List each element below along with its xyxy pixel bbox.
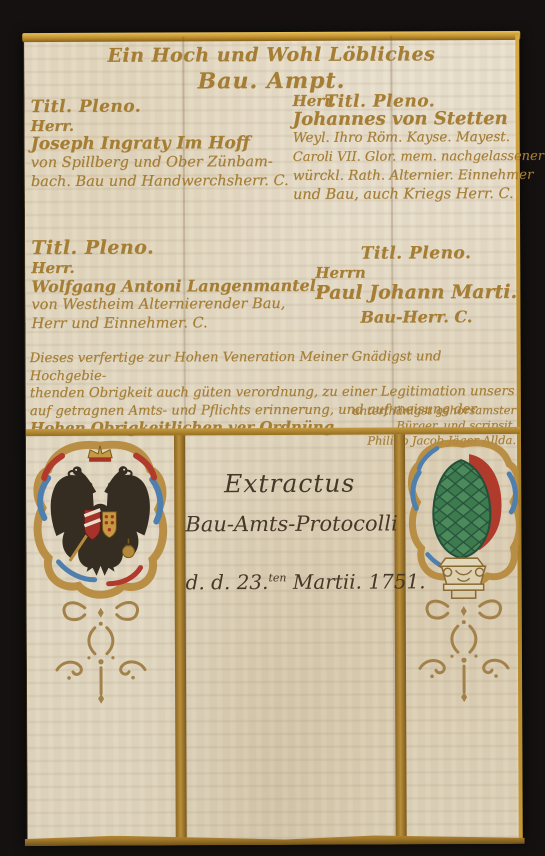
salutation: Herrn bbox=[315, 263, 517, 282]
manuscript-page: Ein Hoch und Wohl Löbliches Bau. Ampt. T… bbox=[24, 35, 522, 844]
signature-line: unterthänigst gehorsamster bbox=[352, 403, 516, 418]
official-block-top-left: Titl. Pleno. Herr. Joseph Ingraty Im Hof… bbox=[31, 96, 289, 192]
calligraphy-line: Herr und Einnehmer. C. bbox=[31, 314, 321, 334]
top-text-block: Ein Hoch und Wohl Löbliches Bau. Ampt. T… bbox=[24, 35, 520, 429]
extract-title-block: Extractus Bau-Amts-Protocolli d. d. 23.t… bbox=[185, 468, 395, 594]
augsburg-pine-cone-icon bbox=[406, 438, 519, 610]
titulature-top-right: Titl. Pleno. bbox=[324, 91, 435, 111]
official-name: Paul Johann Marti. bbox=[315, 281, 517, 304]
paragraph-line: thenden Obrigkeit auch güten verordnung,… bbox=[30, 384, 515, 401]
right-panel bbox=[405, 434, 522, 842]
date-superscript: ten bbox=[268, 571, 286, 584]
calligraphy-line: von Spillberg und Ober Zünbam- bbox=[31, 153, 289, 173]
left-panel bbox=[26, 435, 176, 844]
calligraphy-line: Joseph Ingraty Im Hoff bbox=[31, 134, 289, 154]
salutation: Herr. bbox=[31, 258, 321, 277]
calligraphy-line: Caroli VII. Glor. mem. nachgelassener bbox=[293, 147, 544, 167]
bottom-panel-block: Extractus Bau-Amts-Protocolli d. d. 23.t… bbox=[26, 434, 522, 844]
gold-flourish-ornament bbox=[49, 594, 153, 706]
extract-date-line: d. d. 23.ten Martii. 1751. bbox=[186, 569, 395, 594]
salutation: Herr. bbox=[31, 116, 289, 135]
calligraphy-line: bach. Bau und Handwerchsherr. C. bbox=[31, 172, 289, 192]
calligraphy-line: und Bau, auch Kriegs Herr. C. bbox=[293, 185, 544, 205]
calligraphy-line: Wolfgang Antoni Langenmantel. bbox=[31, 276, 321, 296]
calligraphy-line: Johannes von Stetten bbox=[293, 109, 544, 129]
extract-line2: Bau-Amts-Protocolli bbox=[185, 511, 394, 536]
date-prefix: d. d. 23. bbox=[186, 570, 269, 594]
titulature: Titl. Pleno. bbox=[315, 243, 517, 264]
titulature: Titl. Pleno. bbox=[31, 96, 289, 117]
document-title-line1: Ein Hoch und Wohl Löbliches bbox=[24, 43, 518, 67]
titulature: Titl. Pleno. bbox=[31, 236, 321, 259]
paragraph-line: Dieses verfertige zur Hohen Veneration M… bbox=[30, 349, 442, 383]
calligraphy-line: würckl. Rath. Alternier. Einnehmer bbox=[293, 166, 544, 186]
calligraphy-line: von Westheim Alternierender Bau, bbox=[31, 295, 321, 315]
official-block-bottom-left: Titl. Pleno. Herr. Wolfgang Antoni Lange… bbox=[31, 236, 321, 334]
official-block-bottom-right: Titl. Pleno. Herrn Paul Johann Marti. Ba… bbox=[315, 243, 517, 327]
calligraphy-line: Weyl. Ihro Röm. Kayse. Mayest. bbox=[293, 128, 544, 148]
center-panel: Extractus Bau-Amts-Protocolli d. d. 23.t… bbox=[185, 434, 396, 843]
imperial-double-headed-eagle-icon bbox=[32, 439, 169, 610]
official-role: Bau-Herr. C. bbox=[315, 307, 517, 327]
gold-flourish-ornament bbox=[411, 592, 515, 704]
extract-line1: Extractus bbox=[185, 468, 394, 498]
